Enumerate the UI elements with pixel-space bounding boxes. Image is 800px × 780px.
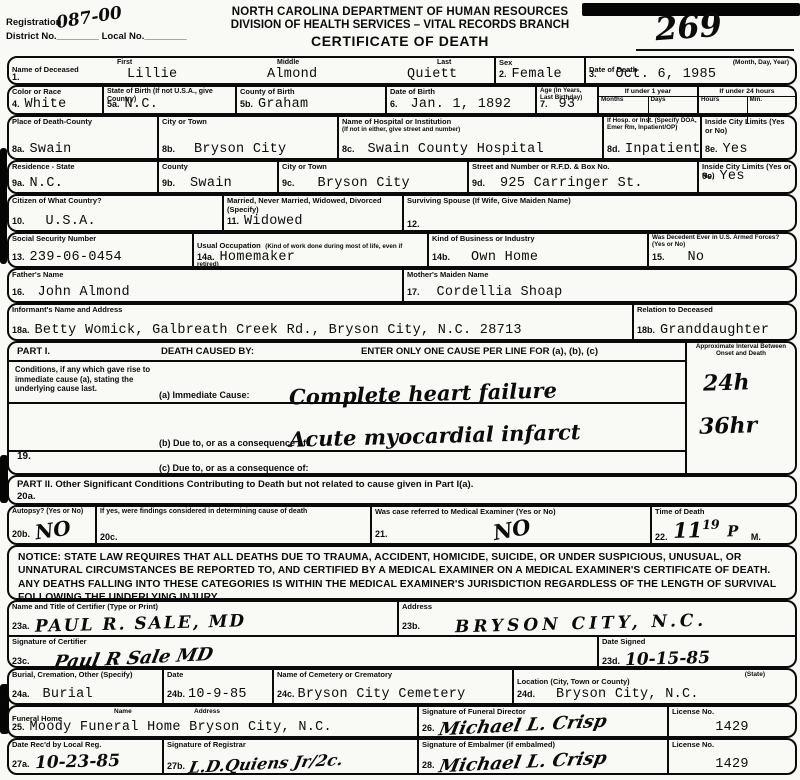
burial-method-label: Burial, Cremation, Other (Specify)	[12, 671, 159, 680]
field-autopsy: Autopsy? (Yes or No) 20b. NO	[9, 507, 97, 543]
row-birth-info: Color or Race 4. White State of Birth (I…	[7, 85, 797, 115]
field-autopsy-findings: If yes, were findings considered in dete…	[97, 507, 372, 543]
autopsy-findings-label: If yes, were findings considered in dete…	[100, 508, 367, 516]
time-m-label: M.	[751, 532, 761, 542]
cause-b-value: Acute myocardial infarct	[289, 419, 581, 452]
time-of-death-minutes: 19	[701, 517, 719, 532]
section-part1: Approximate Interval Between Onset and D…	[7, 341, 797, 475]
armed-forces-value: No	[688, 250, 705, 265]
field-funeral-home: Funeral Home Name Address 25. Moody Fune…	[9, 707, 419, 736]
date-of-death-number: 3.	[589, 69, 597, 79]
last-label: Last	[437, 59, 451, 66]
death-city-limits-number: 8e.	[705, 144, 718, 154]
row-informant: Informant's Name and Address 18a. Betty …	[7, 303, 797, 341]
residence-state-label: Residence - State	[12, 163, 154, 172]
certificate-header: NORTH CAROLINA DEPARTMENT OF HUMAN RESOU…	[0, 0, 800, 56]
part1-header: PART I. DEATH CAUSED BY: ENTER ONLY ONE …	[9, 343, 687, 362]
citizen-value: U.S.A.	[46, 214, 96, 229]
certifier-name-label: Name and Title of Certifier (Type or Pri…	[12, 603, 394, 612]
death-county-value: Swain	[30, 142, 72, 157]
certifier-address-number: 23b.	[402, 621, 420, 631]
field-father-name: Father's Name 16. John Almond	[9, 270, 404, 301]
row-parents: Father's Name 16. John Almond Mother's M…	[7, 268, 797, 303]
autopsy-label: Autopsy? (Yes or No)	[12, 508, 92, 516]
field-cemetery: Name of Cemetery or Crematory 24c. Bryso…	[274, 670, 514, 703]
first-label: First	[117, 59, 132, 66]
cause-a-label: (a) Immediate Cause:	[159, 390, 250, 400]
days-label: Days	[651, 97, 696, 104]
death-county-number: 8a.	[12, 144, 25, 154]
time-of-death-value: 1119 P	[672, 516, 738, 543]
burial-method-number: 24a.	[12, 689, 30, 699]
field-if-under-1-year: If under 1 year Months Days	[599, 87, 699, 113]
funeral-license-value: 1429	[715, 720, 749, 735]
burial-location-label: Location (City, Town or County)	[517, 677, 630, 686]
name-label: Name of Deceased	[12, 65, 79, 74]
residence-county-number: 9b.	[162, 178, 175, 188]
occupation-number: 14a.	[197, 252, 215, 262]
interval-b-value: 36hr	[699, 412, 758, 440]
certifier-name-value: PAUL R. SALE, MD	[34, 611, 246, 637]
months-label: Months	[601, 97, 646, 104]
field-residence-city-limits: Inside City Limits (Yes or No) 9e. Yes	[699, 162, 795, 192]
interval-a-value: 24h	[703, 369, 750, 396]
field-burial-location: Location (City, Town or County) (State) …	[514, 670, 795, 703]
field-residence-street: Street and Number or R.F.D. & Box No. 9d…	[469, 162, 699, 192]
registrar-signature-value: L.D.Quiens Jr/2c.	[187, 750, 345, 777]
residence-street-value: 925 Carringer St.	[500, 176, 643, 191]
death-city-limits-label: Inside City Limits (Yes or No)	[705, 118, 792, 135]
hospital-type-label: If Hosp. or Inst. (Specify DOA, Emer Rm,…	[607, 118, 697, 132]
time-of-death-number: 22.	[655, 532, 668, 542]
autopsy-number: 20b.	[12, 529, 30, 539]
death-county-label: Place of Death-County	[12, 118, 154, 127]
field-embalmer-signature: Signature of Embalmer (if embalmed) 28. …	[419, 740, 669, 773]
cause-b-label: (b) Due to, or as a consequence of:	[159, 438, 309, 448]
certificate-number-underline	[636, 49, 794, 51]
marital-status-number: 11.	[227, 216, 239, 226]
hospital-value: Swain County Hospital	[368, 142, 544, 157]
field-residence-city: City or Town 9c. Bryson City	[279, 162, 469, 192]
hospital-type-value: Inpatient	[625, 142, 701, 157]
section-part2: PART II. Other Significant Conditions Co…	[7, 475, 797, 505]
residence-county-label: County	[162, 163, 274, 172]
field-occupation: Usual Occupation (Kind of work done duri…	[194, 234, 429, 266]
funeral-license-label: License No.	[672, 708, 792, 717]
field-death-county: Place of Death-County 8a. Swain	[9, 117, 159, 158]
field-burial-date: Date 24b. 10-9-85	[164, 670, 274, 703]
sex-value: Female	[512, 67, 562, 82]
residence-city-number: 9c.	[282, 178, 295, 188]
field-funeral-license: License No. 1429	[669, 707, 795, 736]
embalmer-signature-number: 28.	[422, 760, 435, 770]
date-of-birth-number: 6.	[390, 99, 398, 109]
row-place-of-death: Place of Death-County 8a. Swain City or …	[7, 115, 797, 160]
notice-text: NOTICE: STATE LAW REQUIRES THAT ALL DEAT…	[9, 547, 795, 605]
residence-county-value: Swain	[190, 176, 232, 191]
interval-column: Approximate Interval Between Onset and D…	[685, 343, 795, 473]
surviving-spouse-label: Surviving Spouse (If Wife, Give Maiden N…	[407, 197, 792, 206]
industry-value: Own Home	[471, 250, 538, 265]
hospital-type-number: 8d.	[607, 144, 620, 154]
occupation-label: Usual Occupation	[197, 241, 261, 250]
armed-forces-label: Was Decedent Ever in U.S. Armed Forces? …	[652, 235, 792, 249]
date-of-birth-label: Date of Birth	[390, 88, 532, 97]
part1-instruction: ENTER ONLY ONE CAUSE PER LINE FOR (a), (…	[361, 346, 598, 357]
funeral-home-number: 25.	[12, 722, 25, 732]
field-date-signed: Date Signed 23d. 10-15-85	[599, 637, 795, 670]
residence-city-label: City or Town	[282, 163, 464, 172]
residence-city-value: Bryson City	[318, 176, 410, 191]
death-city-value: Bryson City	[194, 142, 286, 157]
sex-number: 2.	[499, 69, 507, 79]
local-no-label: Local No.________	[102, 31, 187, 42]
field-industry: Kind of Business or Industry 14b. Own Ho…	[429, 234, 649, 266]
cause-line-a: (a) Immediate Cause: Complete heart fail…	[9, 362, 687, 404]
informant-label: Informant's Name and Address	[12, 306, 629, 315]
date-signed-value: 10-15-85	[625, 648, 711, 670]
age-value: 93	[559, 97, 576, 112]
residence-city-limits-value: Yes	[720, 169, 745, 184]
burial-state-label: (State)	[745, 671, 765, 678]
min-label: Min.	[750, 97, 794, 104]
me-referral-value: NO	[491, 514, 532, 545]
death-city-limits-value: Yes	[723, 142, 748, 157]
burial-method-value: Burial	[43, 687, 93, 702]
informant-value: Betty Womick, Galbreath Creek Rd., Bryso…	[35, 323, 522, 338]
residence-state-value: N.C.	[30, 176, 64, 191]
date-of-death-sublabel: (Month, Day, Year)	[733, 59, 789, 66]
death-city-number: 8b.	[162, 144, 175, 154]
date-signed-number: 23d.	[602, 656, 620, 666]
certifier-signature-number: 23c.	[12, 656, 30, 666]
county-of-birth-value: Graham	[258, 97, 308, 112]
field-ssn: Social Security Number 13. 239-06-0454	[9, 234, 194, 266]
field-age: Age (In Years, Last Birthday) 7. 93	[537, 87, 599, 113]
state-of-birth-number: 5a.	[107, 99, 120, 109]
field-armed-forces: Was Decedent Ever in U.S. Armed Forces? …	[649, 234, 795, 266]
field-date-of-birth: Date of Birth 6. Jan. 1, 1892	[387, 87, 537, 113]
mother-maiden-name-label: Mother's Maiden Name	[407, 271, 792, 280]
certificate-number: 269	[654, 6, 723, 49]
date-received-value: 10-23-85	[34, 751, 120, 773]
age-number: 7.	[540, 99, 548, 109]
mother-maiden-name-number: 17.	[407, 287, 420, 297]
burial-date-value: 10-9-85	[188, 687, 247, 702]
father-name-number: 16.	[12, 287, 25, 297]
residence-street-label: Street and Number or R.F.D. & Box No.	[472, 163, 694, 172]
embalmer-signature-value: Michael L. Crisp	[436, 748, 608, 778]
field-name-of-deceased: Name of Deceased First Middle Last 1. Li…	[9, 58, 496, 83]
father-name-label: Father's Name	[12, 271, 399, 280]
citizen-label: Citizen of What Country?	[12, 197, 219, 206]
field-registrar-signature: Signature of Registrar 27b. L.D.Quiens J…	[164, 740, 419, 773]
row-registrar: Date Rec'd by Local Reg. 27a. 10-23-85 S…	[7, 738, 797, 775]
cause-line-c: (c) Due to, or as a consequence of:	[9, 452, 687, 477]
relation-label: Relation to Deceased	[637, 306, 792, 315]
burial-date-number: 24b.	[167, 689, 185, 699]
row-burial: Burial, Cremation, Other (Specify) 24a. …	[7, 668, 797, 705]
funeral-home-address-label: Address	[194, 708, 220, 715]
date-received-number: 27a.	[12, 759, 30, 769]
embalmer-signature-label: Signature of Embalmer (if embalmed)	[422, 741, 664, 750]
cause-line-b: (b) Due to, or as a consequence of: Acut…	[9, 404, 687, 452]
residence-state-number: 9a.	[12, 178, 25, 188]
date-signed-label: Date Signed	[602, 638, 792, 647]
field-sex: Sex 2. Female	[496, 58, 586, 83]
middle-label: Middle	[277, 59, 299, 66]
district-no-label: District No.________	[6, 31, 99, 42]
name-number: 1.	[12, 72, 20, 82]
ssn-label: Social Security Number	[12, 235, 189, 244]
registrar-license-label: License No.	[672, 741, 792, 750]
field-registrar-license: License No. 1429	[669, 740, 795, 773]
cemetery-label: Name of Cemetery or Crematory	[277, 671, 509, 680]
armed-forces-number: 15.	[652, 252, 665, 262]
row-citizenship: Citizen of What Country? 10. U.S.A. Marr…	[7, 194, 797, 232]
last-name-value: Quiett	[407, 67, 457, 82]
autopsy-findings-number: 20c.	[100, 532, 118, 542]
field-surviving-spouse: Surviving Spouse (If Wife, Give Maiden N…	[404, 196, 795, 230]
row-occupation: Social Security Number 13. 239-06-0454 U…	[7, 232, 797, 268]
hours-label: Hours	[701, 97, 745, 104]
field-death-city-limits: Inside City Limits (Yes or No) 8e. Yes	[702, 117, 795, 158]
field-if-under-24-hours: If under 24 hours Hours Min.	[699, 87, 795, 113]
registrar-license-value: 1429	[715, 757, 749, 772]
middle-name-value: Almond	[267, 67, 317, 82]
industry-label: Kind of Business or Industry	[432, 235, 644, 244]
me-referral-label: Was case referred to Medical Examiner (Y…	[375, 508, 647, 517]
burial-location-number: 24d.	[517, 689, 535, 699]
registration-label: Registration	[6, 17, 61, 28]
race-label: Color or Race	[12, 88, 99, 97]
field-color-or-race: Color or Race 4. White	[9, 87, 104, 113]
father-name-value: John Almond	[38, 285, 130, 300]
funeral-director-value: Michael L. Crisp	[436, 711, 608, 741]
row-identity: Name of Deceased First Middle Last 1. Li…	[7, 56, 797, 85]
field-county-of-birth: County of Birth 5b. Graham	[237, 87, 387, 113]
section-notice: NOTICE: STATE LAW REQUIRES THAT ALL DEAT…	[7, 545, 797, 600]
death-certificate-scan: NORTH CAROLINA DEPARTMENT OF HUMAN RESOU…	[0, 0, 800, 780]
surviving-spouse-number: 12.	[407, 219, 420, 229]
field-mother-maiden-name: Mother's Maiden Name 17. Cordellia Shoap	[404, 270, 795, 301]
me-referral-number: 21.	[375, 529, 388, 539]
field-certifier-name: Name and Title of Certifier (Type or Pri…	[9, 602, 399, 635]
cause-c-label: (c) Due to, or as a consequence of:	[159, 463, 309, 473]
informant-number: 18a.	[12, 325, 30, 335]
occupation-value: Homemaker	[220, 250, 296, 265]
field-hospital-type: If Hosp. or Inst. (Specify DOA, Emer Rm,…	[604, 117, 702, 158]
hospital-sublabel: (If not in either, give street and numbe…	[342, 127, 599, 134]
part1-title: PART I.	[17, 346, 50, 357]
time-of-death-ampm: P	[726, 522, 738, 540]
first-name-value: Lillie	[127, 67, 177, 82]
mother-maiden-name-value: Cordellia Shoap	[437, 285, 563, 300]
residence-street-number: 9d.	[472, 178, 485, 188]
registrar-signature-label: Signature of Registrar	[167, 741, 414, 750]
marital-status-value: Widowed	[244, 214, 303, 229]
funeral-home-value: Moody Funeral Home Bryson City, N.C.	[30, 720, 332, 735]
time-of-death-label: Time of Death	[655, 508, 792, 517]
funeral-home-name-label: Name	[114, 708, 132, 715]
field-certifier-address: Address 23b. BRYSON CITY, N.C.	[399, 602, 795, 635]
field-state-of-birth: State of Birth (If not U.S.A., give Coun…	[104, 87, 237, 113]
citizen-number: 10.	[12, 216, 25, 226]
date-of-birth-value: Jan. 1, 1892	[411, 97, 512, 112]
row-funeral-home: Funeral Home Name Address 25. Moody Fune…	[7, 705, 797, 738]
death-city-label: City or Town	[162, 118, 334, 127]
interval-label: Approximate Interval Between Onset and D…	[687, 343, 795, 359]
row-residence: Residence - State 9a. N.C. County 9b. Sw…	[7, 160, 797, 194]
county-of-birth-number: 5b.	[240, 99, 253, 109]
field-relation-to-deceased: Relation to Deceased 18b. Granddaughter	[634, 305, 795, 339]
field-citizen: Citizen of What Country? 10. U.S.A.	[9, 196, 224, 230]
race-number: 4.	[12, 99, 20, 109]
field-time-of-death: Time of Death 22. 1119 P M.	[652, 507, 795, 543]
field-certifier-signature: Signature of Certifier 23c. Paul R Sale …	[9, 637, 599, 670]
funeral-director-number: 26.	[422, 723, 435, 733]
field-informant: Informant's Name and Address 18a. Betty …	[9, 305, 634, 339]
registrar-signature-number: 27b.	[167, 761, 185, 771]
industry-number: 14b.	[432, 252, 450, 262]
cemetery-number: 24c.	[277, 689, 295, 699]
row-autopsy: Autopsy? (Yes or No) 20b. NO If yes, wer…	[7, 505, 797, 545]
burial-location-value: Bryson City, N.C.	[556, 687, 699, 702]
field-medical-examiner-referral: Was case referred to Medical Examiner (Y…	[372, 507, 652, 543]
field-marital-status: Married, Never Married, Widowed, Divorce…	[224, 196, 404, 230]
field-death-city: City or Town 8b. Bryson City	[159, 117, 339, 158]
field-hospital: Name of Hospital or Institution (If not …	[339, 117, 604, 158]
field-burial-method: Burial, Cremation, Other (Specify) 24a. …	[9, 670, 164, 703]
hospital-number: 8c.	[342, 144, 355, 154]
field-residence-county: County 9b. Swain	[159, 162, 279, 192]
residence-city-limits-number: 9e.	[702, 171, 715, 181]
date-of-death-value: Oct. 6, 1985	[616, 67, 717, 82]
marital-status-label: Married, Never Married, Widowed, Divorce…	[227, 197, 399, 214]
county-of-birth-label: County of Birth	[240, 88, 382, 97]
section-certifier: Name and Title of Certifier (Type or Pri…	[7, 600, 797, 668]
certifier-address-value: BRYSON CITY, N.C.	[455, 611, 708, 638]
relation-number: 18b.	[637, 325, 655, 335]
date-received-label: Date Rec'd by Local Reg.	[12, 741, 159, 750]
part2-label: PART II. Other Significant Conditions Co…	[9, 477, 795, 490]
part1-caused-by: DEATH CAUSED BY:	[161, 346, 254, 357]
field-residence-state: Residence - State 9a. N.C.	[9, 162, 159, 192]
ssn-number: 13.	[12, 252, 25, 262]
scan-artifact	[0, 148, 7, 264]
relation-value: Granddaughter	[660, 323, 769, 338]
race-value: White	[25, 97, 67, 112]
state-of-birth-value: N.C.	[125, 97, 159, 112]
autopsy-value: NO	[34, 516, 73, 545]
certifier-address-label: Address	[402, 603, 792, 612]
field-funeral-director-signature: Signature of Funeral Director 26. Michae…	[419, 707, 669, 736]
certifier-signature-label: Signature of Certifier	[12, 638, 594, 647]
cemetery-value: Bryson City Cemetery	[298, 687, 466, 702]
field-date-of-death: Date of Death (Month, Day, Year) 3. Oct.…	[586, 58, 795, 83]
part2-number: 20a.	[17, 491, 36, 502]
ssn-value: 239-06-0454	[30, 250, 122, 265]
certifier-name-number: 23a.	[12, 621, 30, 631]
field-date-received: Date Rec'd by Local Reg. 27a. 10-23-85	[9, 740, 164, 773]
burial-date-label: Date	[167, 671, 269, 680]
